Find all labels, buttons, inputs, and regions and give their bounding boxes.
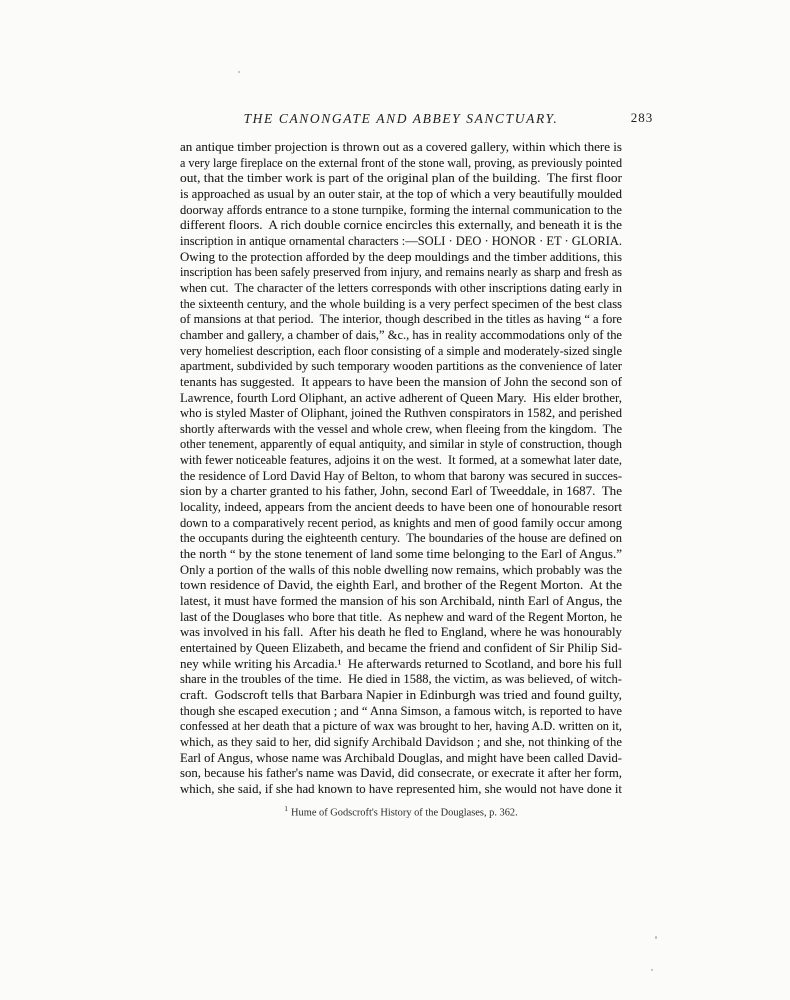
text-line: an antique timber projection is thrown o… xyxy=(180,140,622,156)
text-line: locality, indeed, appears from the ancie… xyxy=(180,500,622,516)
text-line: son, because his father's name was David… xyxy=(180,766,622,782)
text-line: different floors. A rich double cornice … xyxy=(180,218,622,234)
scan-speck xyxy=(238,71,240,73)
scan-speck xyxy=(651,969,653,971)
text-line: confessed at her death that a picture of… xyxy=(180,719,622,735)
book-page: THE CANONGATE AND ABBEY SANCTUARY. 283 a… xyxy=(0,0,790,1000)
text-line: when cut. The character of the letters c… xyxy=(180,281,622,297)
text-line: the sixteenth century, and the whole bui… xyxy=(180,297,622,313)
text-line: latest, it must have formed the mansion … xyxy=(180,594,622,610)
text-line: of mansions at that period. The interior… xyxy=(180,312,622,328)
footnote: 1Hume of Godscroft's History of the Doug… xyxy=(180,804,622,818)
text-line: apartment, subdivided by such temporary … xyxy=(180,359,622,375)
body-paragraph: an antique timber projection is thrown o… xyxy=(180,140,622,798)
text-line: down to a comparatively recent period, a… xyxy=(180,516,622,532)
text-line: is approached as usual by an outer stair… xyxy=(180,187,622,203)
text-line: inscription in antique ornamental charac… xyxy=(180,234,622,250)
text-line: inscription has been safely preserved fr… xyxy=(180,265,622,281)
text-line: with fewer noticeable features, adjoins … xyxy=(180,453,622,469)
text-line: Lawrence, fourth Lord Oliphant, an activ… xyxy=(180,391,622,407)
text-line: which, she said, if she had known to hav… xyxy=(180,782,622,798)
footnote-marker: 1 xyxy=(284,804,288,813)
text-line: Only a portion of the walls of this nobl… xyxy=(180,563,622,579)
text-line: sion by a charter granted to his father,… xyxy=(180,484,622,500)
page-number: 283 xyxy=(622,110,662,126)
text-line: share in the troubles of the time. He di… xyxy=(180,672,622,688)
text-line: shortly afterwards with the vessel and w… xyxy=(180,422,622,438)
text-line: last of the Douglases who bore that titl… xyxy=(180,610,622,626)
text-line: the north “ by the stone tenement of lan… xyxy=(180,547,622,563)
text-line: who is styled Master of Oliphant, joined… xyxy=(180,406,622,422)
text-line: was involved in his fall. After his deat… xyxy=(180,625,622,641)
text-line: Owing to the protection afforded by the … xyxy=(180,250,622,266)
text-line: a very large fireplace on the external f… xyxy=(180,156,622,172)
text-line: entertained by Queen Elizabeth, and beca… xyxy=(180,641,622,657)
text-line: other tenement, apparently of equal anti… xyxy=(180,437,622,453)
text-line: Earl of Angus, whose name was Archibald … xyxy=(180,751,622,767)
text-line: tenants has suggested. It appears to hav… xyxy=(180,375,622,391)
text-line: out, that the timber work is part of the… xyxy=(180,171,622,187)
text-line: the occupants during the eighteenth cent… xyxy=(180,531,622,547)
text-line: the residence of Lord David Hay of Belto… xyxy=(180,469,622,485)
text-line: though she escaped execution ; and “ Ann… xyxy=(180,704,622,720)
text-line: craft. Godscroft tells that Barbara Napi… xyxy=(180,688,622,704)
scan-speck xyxy=(655,936,657,939)
running-header: THE CANONGATE AND ABBEY SANCTUARY. xyxy=(180,111,622,127)
text-line: town residence of David, the eighth Earl… xyxy=(180,578,622,594)
text-line: very homeliest description, each floor c… xyxy=(180,344,622,360)
footnote-text: Hume of Godscroft's History of the Dougl… xyxy=(291,807,518,818)
text-line: doorway affords entrance to a stone turn… xyxy=(180,203,622,219)
text-line: ney while writing his Arcadia.¹ He after… xyxy=(180,657,622,673)
text-line: chamber and gallery, a chamber of dais,”… xyxy=(180,328,622,344)
text-line: which, as they said to her, did signify … xyxy=(180,735,622,751)
